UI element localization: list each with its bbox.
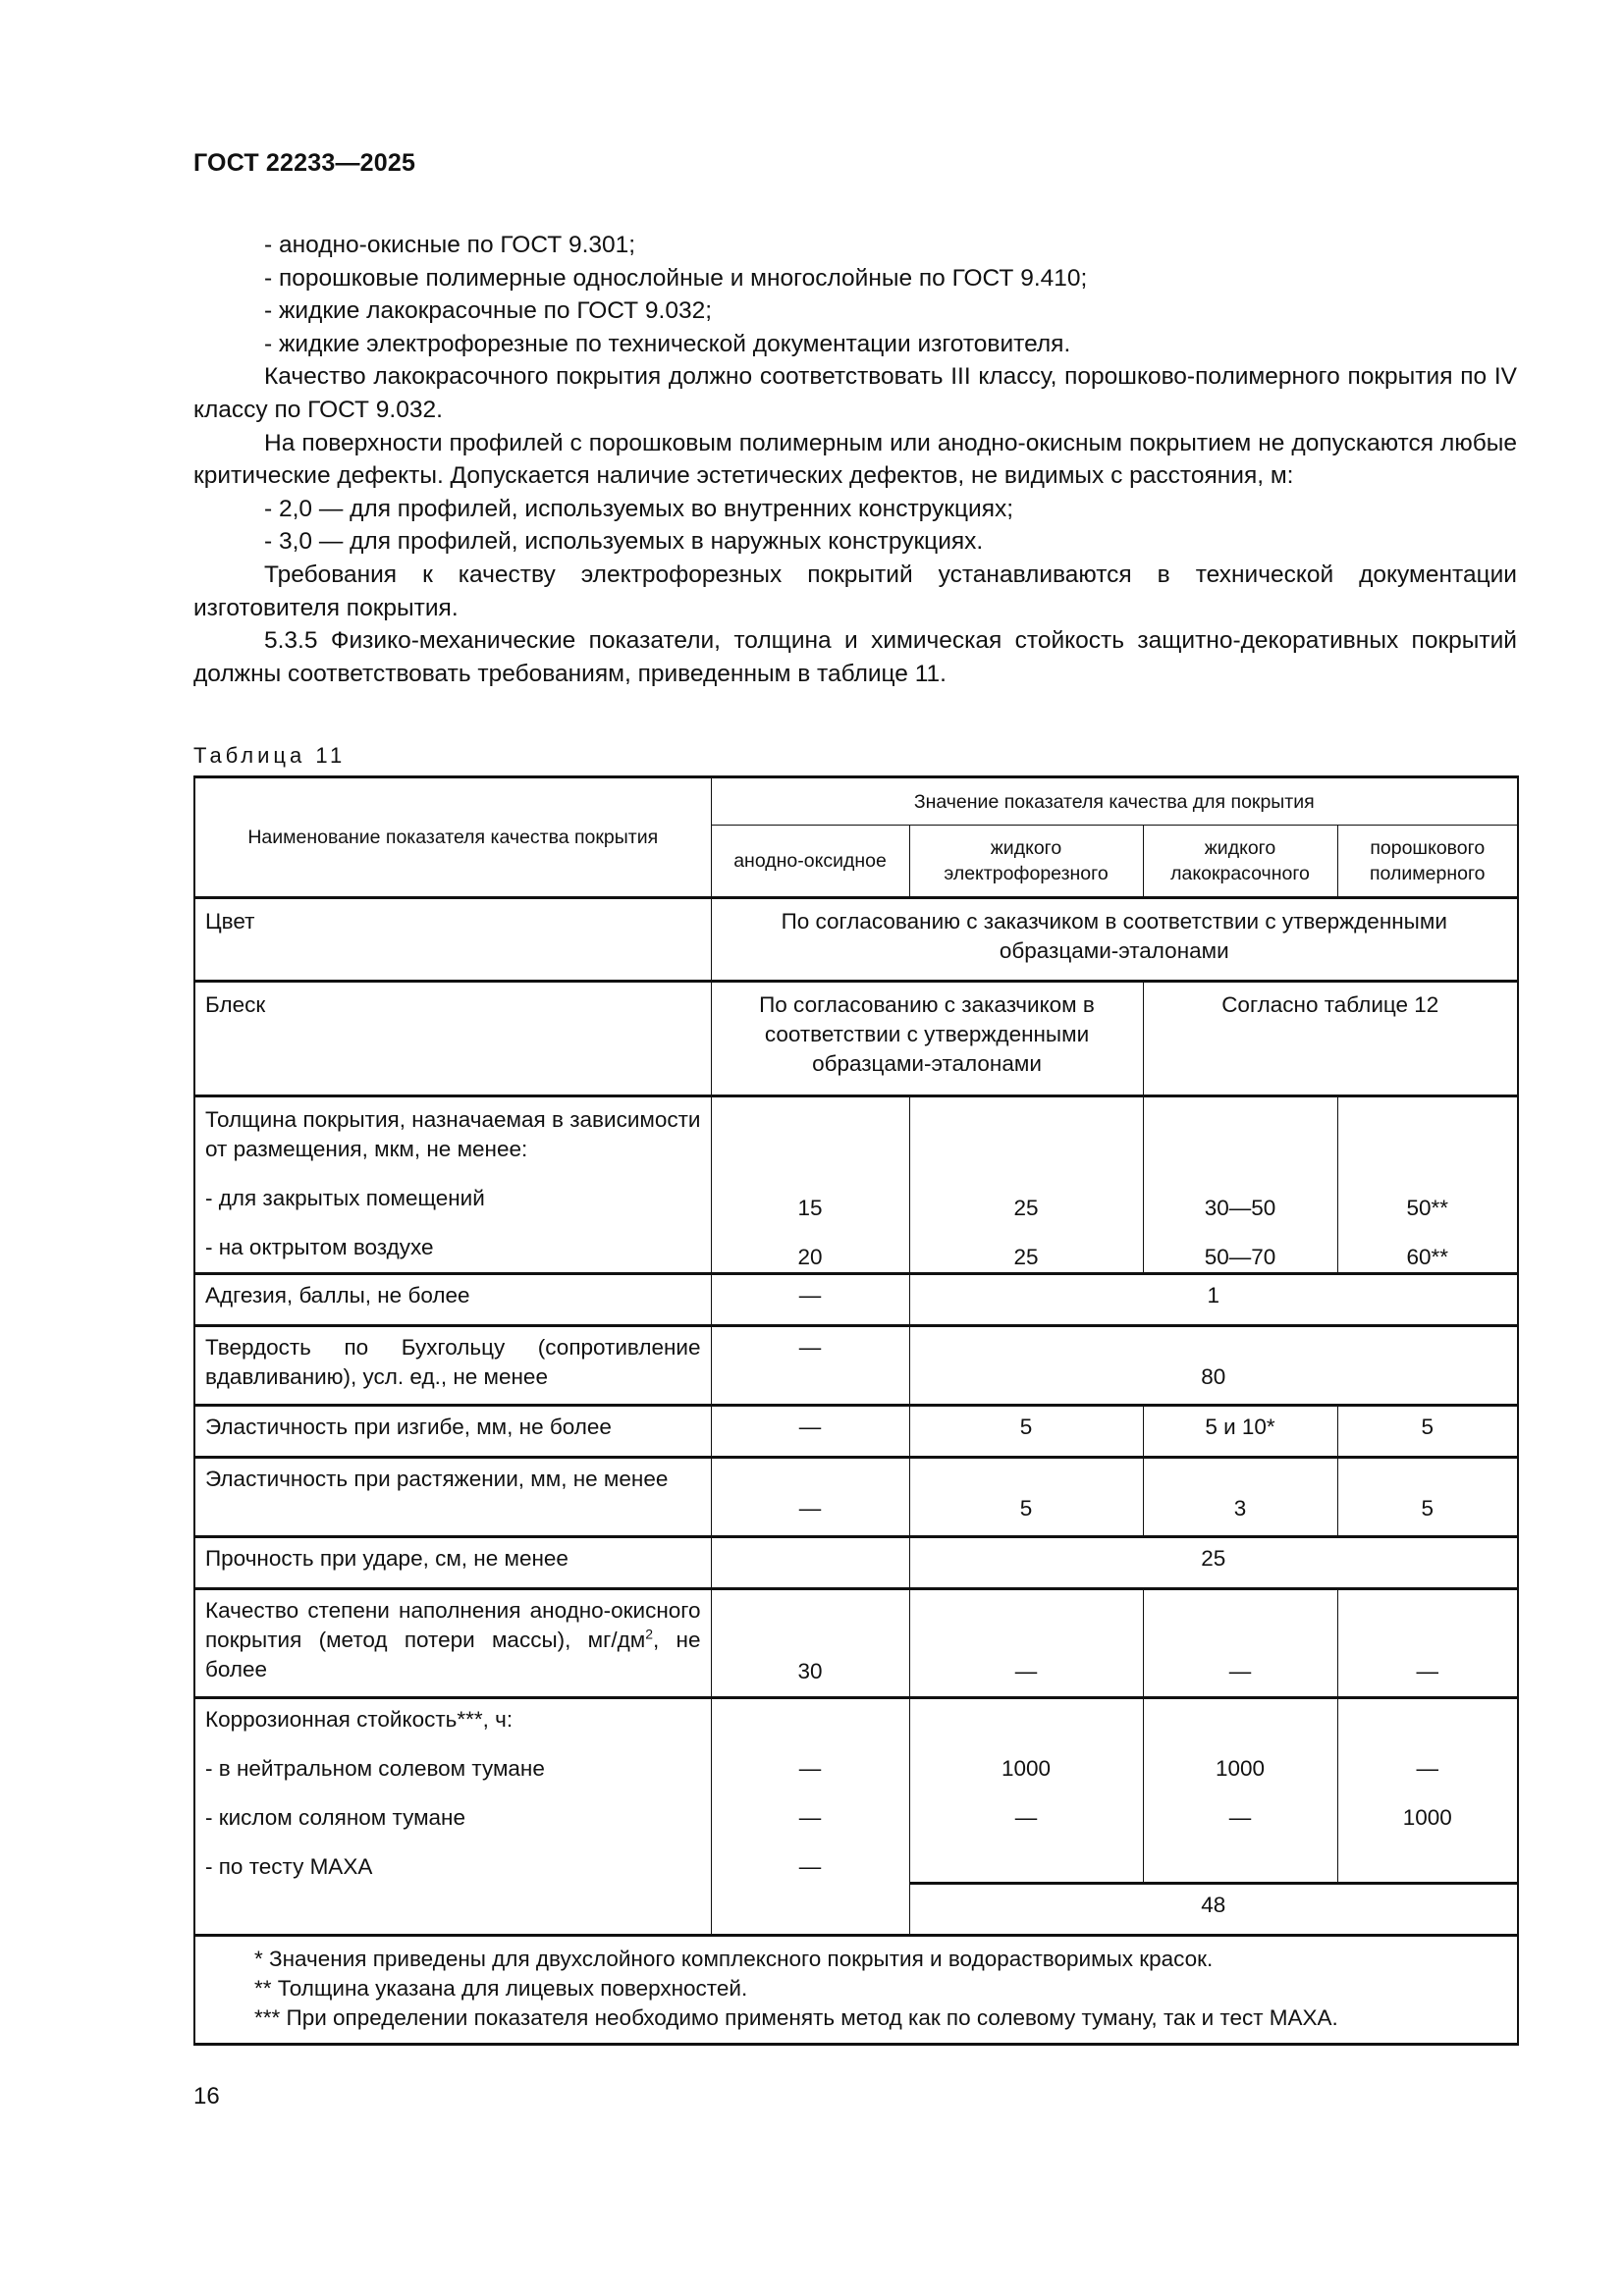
row-bend-name: Эластичность при изгибе, мм, не более <box>194 1406 711 1458</box>
row-hardness-value: 80 <box>909 1326 1518 1406</box>
table-11: Наименование показателя качества покрыти… <box>193 775 1519 2046</box>
paragraph: - анодно-окисные по ГОСТ 9.301; <box>193 229 1517 262</box>
row-bend-anodic: — <box>711 1406 909 1458</box>
row-corrosion-maxa-value: 48 <box>909 1884 1518 1936</box>
paragraph: - жидкие лакокрасочные по ГОСТ 9.032; <box>193 294 1517 328</box>
header-group: Значение показателя качества для покрыти… <box>711 777 1518 826</box>
document-header: ГОСТ 22233—2025 <box>193 149 415 178</box>
page-number: 16 <box>193 2083 220 2110</box>
paragraph: На поверхности профилей с порошковым пол… <box>193 427 1517 493</box>
row-impact-name: Прочность при ударе, см, не менее <box>194 1537 711 1589</box>
row-stretch-electrophoretic: 5 <box>909 1458 1143 1537</box>
row-thickness-powder: 50** 60** <box>1337 1096 1518 1274</box>
row-corrosion-paint: 1000 — <box>1143 1698 1337 1884</box>
row-bend-paint: 5 и 10* <box>1143 1406 1337 1458</box>
row-thickness-anodic: 15 20 <box>711 1096 909 1274</box>
row-stretch-paint: 3 <box>1143 1458 1337 1537</box>
row-filling-electrophoretic: — <box>909 1589 1143 1698</box>
row-filling-name: Качество степени наполнения анодно-окисн… <box>194 1589 711 1698</box>
row-adhesion-anodic: — <box>711 1274 909 1326</box>
row-gloss-name: Блеск <box>194 982 711 1096</box>
row-filling-powder: — <box>1337 1589 1518 1698</box>
paragraph: - 3,0 — для профилей, используемых в нар… <box>193 525 1517 559</box>
header-col-paint: жидкого лакокрасочного <box>1143 826 1337 898</box>
body-text: - анодно-окисные по ГОСТ 9.301; - порошк… <box>193 229 1517 690</box>
header-col-powder: порошкового полимерного <box>1337 826 1518 898</box>
row-hardness-anodic: — <box>711 1326 909 1406</box>
row-stretch-powder: 5 <box>1337 1458 1518 1537</box>
row-color-name: Цвет <box>194 898 711 982</box>
row-bend-electrophoretic: 5 <box>909 1406 1143 1458</box>
note-2: ** Толщина указана для лицевых поверхнос… <box>254 1974 1507 2003</box>
row-corrosion-anodic: — — — <box>711 1698 909 1936</box>
table-notes: * Значения приведены для двухслойного ко… <box>194 1936 1518 2045</box>
paragraph: Качество лакокрасочного покрытия должно … <box>193 360 1517 426</box>
row-thickness-electrophoretic: 25 25 <box>909 1096 1143 1274</box>
row-hardness-name: Твердость по Бухгольцу (сопротивление вд… <box>194 1326 711 1406</box>
header-col-anodic: анодно-оксидное <box>711 826 909 898</box>
row-corrosion-electrophoretic: 1000 — <box>909 1698 1143 1884</box>
row-bend-powder: 5 <box>1337 1406 1518 1458</box>
row-impact-value: 25 <box>909 1537 1518 1589</box>
row-filling-paint: — <box>1143 1589 1337 1698</box>
header-col-electrophoretic: жидкого электрофорезного <box>909 826 1143 898</box>
paragraph: - 2,0 — для профилей, используемых во вн… <box>193 493 1517 526</box>
row-gloss-value-a: По согласованию с заказчиком в соответст… <box>711 982 1143 1096</box>
row-thickness-paint: 30—50 50—70 <box>1143 1096 1337 1274</box>
row-impact-anodic <box>711 1537 909 1589</box>
row-adhesion-name: Адгезия, баллы, не более <box>194 1274 711 1326</box>
row-corrosion-powder: — 1000 <box>1337 1698 1518 1884</box>
row-color-value: По согласованию с заказчиком в соответст… <box>711 898 1518 982</box>
row-thickness-name: Толщина покрытия, назначаемая в зависимо… <box>194 1096 711 1274</box>
paragraph: - порошковые полимерные однослойные и мн… <box>193 262 1517 295</box>
row-corrosion-name: Коррозионная стойкость***, ч: - в нейтра… <box>194 1698 711 1936</box>
row-filling-anodic: 30 <box>711 1589 909 1698</box>
note-3: *** При определении показателя необходим… <box>254 2003 1507 2033</box>
row-stretch-anodic: — <box>711 1458 909 1537</box>
row-adhesion-value: 1 <box>909 1274 1518 1326</box>
row-stretch-name: Эластичность при растяжении, мм, не мене… <box>194 1458 711 1537</box>
paragraph: - жидкие электрофорезные по технической … <box>193 328 1517 361</box>
paragraph: Требования к качеству электрофорезных по… <box>193 559 1517 624</box>
note-1: * Значения приведены для двухслойного ко… <box>254 1945 1507 1974</box>
row-gloss-value-b: Согласно таблице 12 <box>1143 982 1518 1096</box>
table-caption: Таблица 11 <box>193 743 346 769</box>
header-name-column: Наименование показателя качества покрыти… <box>194 777 711 898</box>
paragraph: 5.3.5 Физико-механические показатели, то… <box>193 624 1517 690</box>
